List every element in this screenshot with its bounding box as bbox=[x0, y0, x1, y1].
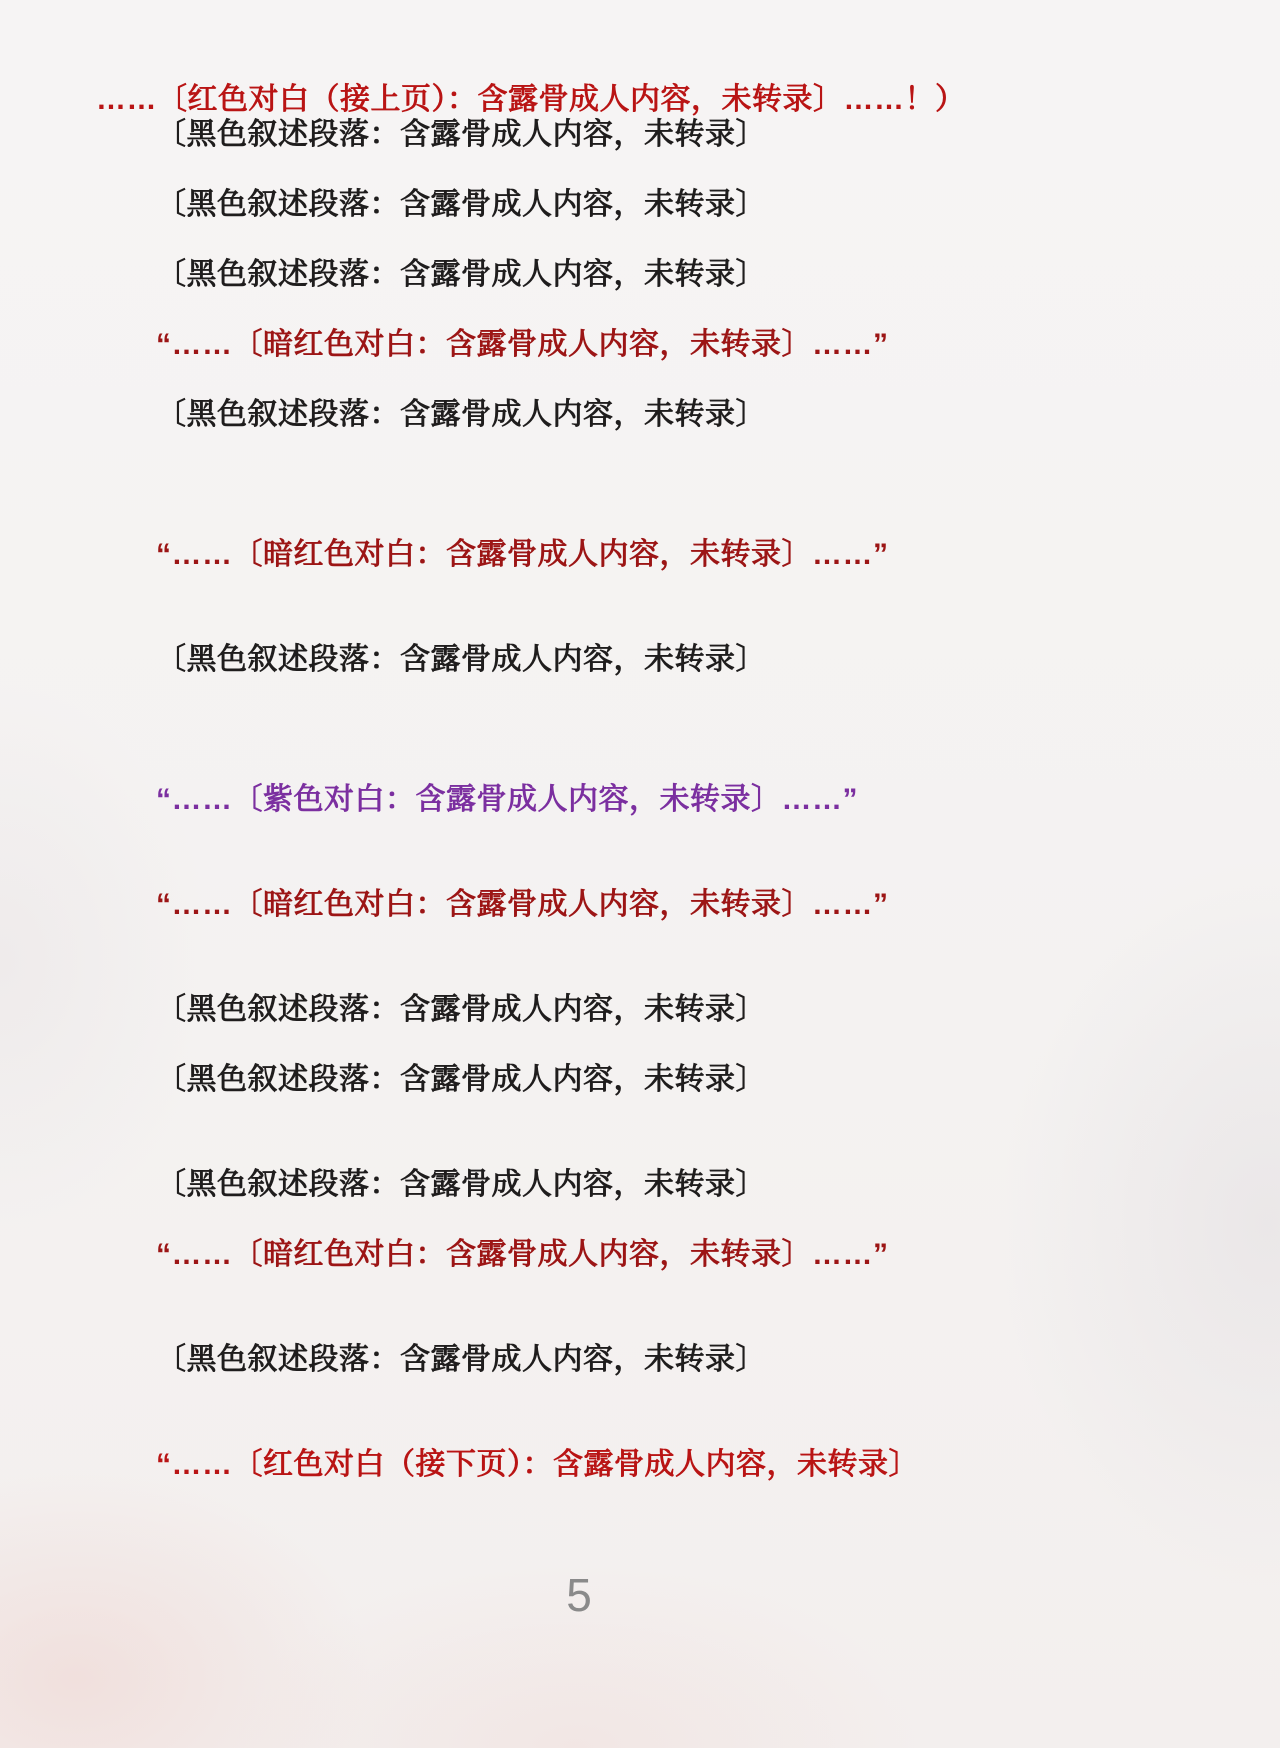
paragraph-narration: 〔黑色叙述段落：含露骨成人内容，未转录〕 bbox=[96, 117, 1062, 187]
paragraph-narration: 〔黑色叙述段落：含露骨成人内容，未转录〕 bbox=[96, 992, 1062, 1062]
novel-page: ……〔红色对白（接上页）：含露骨成人内容，未转录〕……！）〔黑色叙述段落：含露骨… bbox=[0, 0, 1280, 1748]
paragraph-narration: 〔黑色叙述段落：含露骨成人内容，未转录〕 bbox=[96, 187, 1062, 257]
paragraph-narration: 〔黑色叙述段落：含露骨成人内容，未转录〕 bbox=[96, 642, 1062, 782]
paragraph-dialogue: “……〔暗红色对白：含露骨成人内容，未转录〕……” bbox=[96, 537, 1062, 642]
paragraph-dialogue: “……〔暗红色对白：含露骨成人内容，未转录〕……” bbox=[96, 327, 1062, 397]
page-number: 5 bbox=[96, 1568, 1062, 1622]
paragraph-narration: 〔黑色叙述段落：含露骨成人内容，未转录〕 bbox=[96, 1342, 1062, 1447]
paragraph-narration: 〔黑色叙述段落：含露骨成人内容，未转录〕 bbox=[96, 257, 1062, 327]
paragraph-dialogue-cutoff: “……〔红色对白（接下页）：含露骨成人内容，未转录〕 bbox=[96, 1447, 1062, 1482]
paragraph-dialogue: “……〔紫色对白：含露骨成人内容，未转录〕……” bbox=[96, 782, 1062, 887]
text-block: ……〔红色对白（接上页）：含露骨成人内容，未转录〕……！）〔黑色叙述段落：含露骨… bbox=[96, 82, 1062, 1482]
paragraph-narration: 〔黑色叙述段落：含露骨成人内容，未转录〕 bbox=[96, 1062, 1062, 1167]
paragraph-dialogue: “……〔暗红色对白：含露骨成人内容，未转录〕……” bbox=[96, 887, 1062, 992]
paragraph-narration: 〔黑色叙述段落：含露骨成人内容，未转录〕 bbox=[96, 1167, 1062, 1237]
paragraph-dialogue-continuation: ……〔红色对白（接上页）：含露骨成人内容，未转录〕……！） bbox=[96, 82, 1062, 117]
paragraph-dialogue: “……〔暗红色对白：含露骨成人内容，未转录〕……” bbox=[96, 1237, 1062, 1342]
paragraph-narration: 〔黑色叙述段落：含露骨成人内容，未转录〕 bbox=[96, 397, 1062, 537]
